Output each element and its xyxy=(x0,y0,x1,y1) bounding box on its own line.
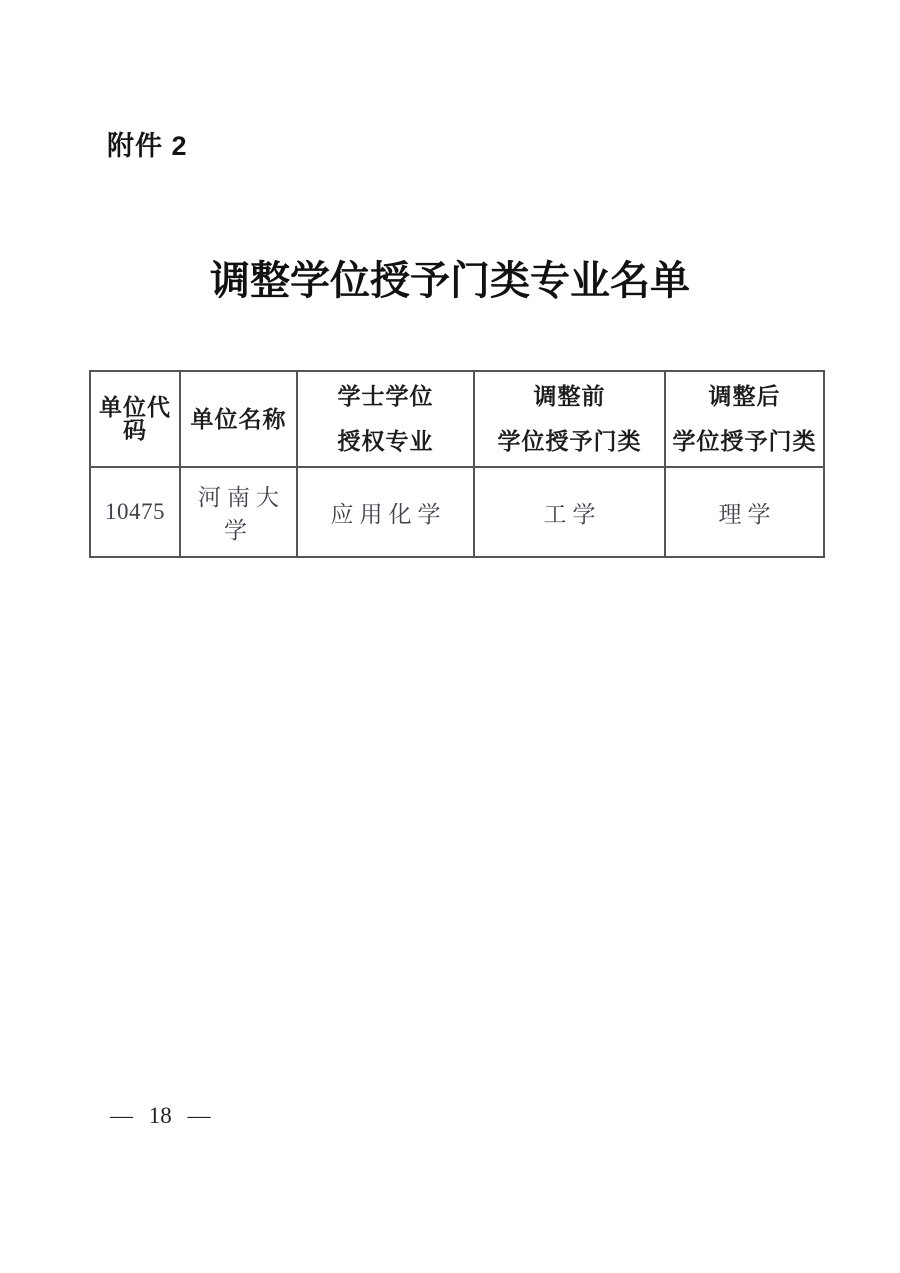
col-header-category-before-line1: 调整前 xyxy=(534,385,606,408)
degree-category-adjustment-table: 单位代码 单位名称 学士学位 授权专业 调整前 xyxy=(89,370,825,558)
table-body: 10475 河南大学 应用化学 工学 理学 xyxy=(90,467,824,557)
col-header-unit-code-label: 单位代码 xyxy=(91,396,179,442)
cell-category-after: 理学 xyxy=(665,467,824,557)
col-header-category-after-line2: 学位授予门类 xyxy=(673,430,817,453)
col-header-unit-name: 单位名称 xyxy=(180,371,297,467)
col-header-authorized-major-line1: 学士学位 xyxy=(338,385,434,408)
page-title: 调整学位授予门类专业名单 xyxy=(0,249,900,306)
col-header-category-before-line2: 学位授予门类 xyxy=(498,430,642,453)
document-page: 附件 2 调整学位授予门类专业名单 单位代码 单位名称 xyxy=(0,0,900,1273)
col-header-unit-name-label: 单位名称 xyxy=(191,408,287,431)
col-header-authorized-major: 学士学位 授权专业 xyxy=(297,371,474,467)
cell-category-before: 工学 xyxy=(474,467,665,557)
table-row: 10475 河南大学 应用化学 工学 理学 xyxy=(90,467,824,557)
cell-authorized-major: 应用化学 xyxy=(297,467,474,557)
col-header-category-after-line1: 调整后 xyxy=(709,385,781,408)
cell-unit-name: 河南大学 xyxy=(180,467,297,557)
page-number: — 18 — xyxy=(110,1103,211,1129)
cell-unit-code: 10475 xyxy=(90,467,180,557)
col-header-category-before: 调整前 学位授予门类 xyxy=(474,371,665,467)
col-header-category-after: 调整后 学位授予门类 xyxy=(665,371,824,467)
table-header-row: 单位代码 单位名称 学士学位 授权专业 调整前 xyxy=(90,371,824,467)
attachment-label: 附件 2 xyxy=(107,124,188,163)
col-header-authorized-major-line2: 授权专业 xyxy=(338,430,434,453)
col-header-unit-code: 单位代码 xyxy=(90,371,180,467)
table-header: 单位代码 单位名称 学士学位 授权专业 调整前 xyxy=(90,371,824,467)
